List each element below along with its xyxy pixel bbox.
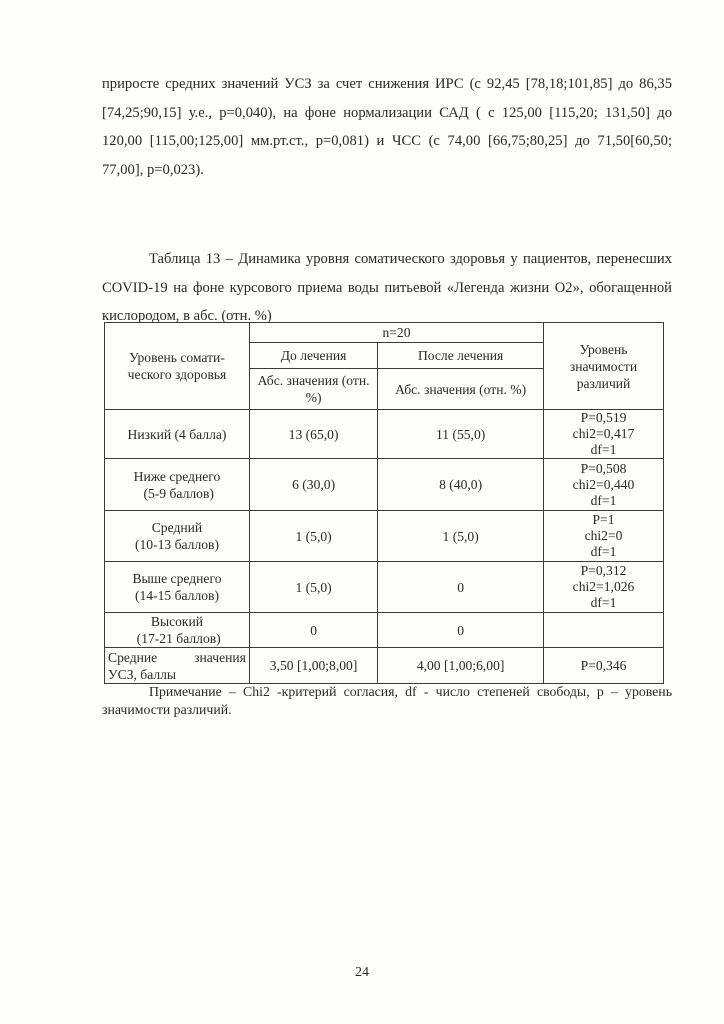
table-note: Примечание – Chi2 -критерий согласия, df… xyxy=(102,683,672,719)
row-level: Высокий (17-21 баллов) xyxy=(105,613,250,648)
row-significance: P=0,508chi2=0,440df=1 xyxy=(544,459,664,511)
row-level-line1: Низкий (4 балла) xyxy=(108,426,246,443)
row-level: Ниже среднего (5-9 баллов) xyxy=(105,459,250,511)
header-after: После лечения xyxy=(378,343,544,369)
row-level-line1: Средние значения xyxy=(108,649,246,666)
header-significance: Уровень значимости различий xyxy=(544,323,664,410)
row-p: P=0,312 xyxy=(547,563,660,579)
page-number: 24 xyxy=(0,965,724,981)
row-after: 0 xyxy=(378,613,544,648)
header-n: n=20 xyxy=(249,323,543,343)
header-level-line1: Уровень сомати- xyxy=(129,350,225,365)
row-level-line2: УСЗ, баллы xyxy=(108,666,246,683)
row-chi2: chi2=0,440 xyxy=(547,477,660,493)
body-paragraph: приросте средних значений УСЗ за счет сн… xyxy=(102,70,672,184)
row-p: P=0,508 xyxy=(547,461,660,477)
row-significance: P=0,346 xyxy=(544,648,664,684)
row-after: 1 (5,0) xyxy=(378,511,544,562)
row-df: df=1 xyxy=(547,544,660,560)
row-before: 13 (65,0) xyxy=(249,410,377,459)
table-row: Выше среднего(14-15 баллов)1 (5,0)0P=0,3… xyxy=(105,562,664,613)
row-after: 4,00 [1,00;6,00] xyxy=(378,648,544,684)
row-before: 3,50 [1,00;8,00] xyxy=(249,648,377,684)
row-level: Средний(10-13 баллов) xyxy=(105,511,250,562)
table-row: Ниже среднего (5-9 баллов)6 (30,0)8 (40,… xyxy=(105,459,664,511)
row-level-line2: (10-13 баллов) xyxy=(108,536,246,553)
row-significance: P=0,312chi2=1,026df=1 xyxy=(544,562,664,613)
table-row: Низкий (4 балла)13 (65,0)11 (55,0)P=0,51… xyxy=(105,410,664,459)
row-significance xyxy=(544,613,664,648)
row-after: 11 (55,0) xyxy=(378,410,544,459)
header-after-unit: Абс. значения (отн. %) xyxy=(378,369,544,410)
header-level: Уровень сомати- ческого здоровья xyxy=(105,323,250,410)
row-significance: P=0,519chi2=0,417df=1 xyxy=(544,410,664,459)
row-level-line1: Средний xyxy=(108,519,246,536)
row-level-line1: Ниже среднего xyxy=(108,468,246,485)
row-level-line2: (5-9 баллов) xyxy=(108,485,246,502)
row-level: Низкий (4 балла) xyxy=(105,410,250,459)
row-before: 0 xyxy=(249,613,377,648)
header-before-unit: Абс. значения (отн. %) xyxy=(249,369,377,410)
row-level: Средние значенияУСЗ, баллы xyxy=(105,648,250,684)
row-p: P=1 xyxy=(547,512,660,528)
row-chi2: chi2=1,026 xyxy=(547,579,660,595)
row-before: 1 (5,0) xyxy=(249,511,377,562)
row-level-line2: (14-15 баллов) xyxy=(108,587,246,604)
row-level-line1: Высокий xyxy=(108,613,246,630)
somatic-health-table: Уровень сомати- ческого здоровья n=20 Ур… xyxy=(104,322,664,684)
row-level-line1: Выше среднего xyxy=(108,570,246,587)
row-p: P=0,519 xyxy=(547,410,660,426)
table-caption: Таблица 13 – Динамика уровня соматическо… xyxy=(102,245,672,331)
row-before: 1 (5,0) xyxy=(249,562,377,613)
row-chi2: chi2=0,417 xyxy=(547,426,660,442)
row-after: 0 xyxy=(378,562,544,613)
row-after: 8 (40,0) xyxy=(378,459,544,511)
row-p: P=0,346 xyxy=(547,658,660,674)
row-df: df=1 xyxy=(547,493,660,509)
table-row: Средний(10-13 баллов)1 (5,0)1 (5,0)P=1ch… xyxy=(105,511,664,562)
table-row: Средние значенияУСЗ, баллы3,50 [1,00;8,0… xyxy=(105,648,664,684)
header-before: До лечения xyxy=(249,343,377,369)
table-row: Высокий (17-21 баллов)00 xyxy=(105,613,664,648)
row-chi2: chi2=0 xyxy=(547,528,660,544)
row-before: 6 (30,0) xyxy=(249,459,377,511)
row-df: df=1 xyxy=(547,595,660,611)
row-level-line2: (17-21 баллов) xyxy=(108,630,246,647)
row-significance: P=1chi2=0df=1 xyxy=(544,511,664,562)
header-level-line2: ческого здоровья xyxy=(128,367,227,382)
row-df: df=1 xyxy=(547,442,660,458)
row-level: Выше среднего(14-15 баллов) xyxy=(105,562,250,613)
